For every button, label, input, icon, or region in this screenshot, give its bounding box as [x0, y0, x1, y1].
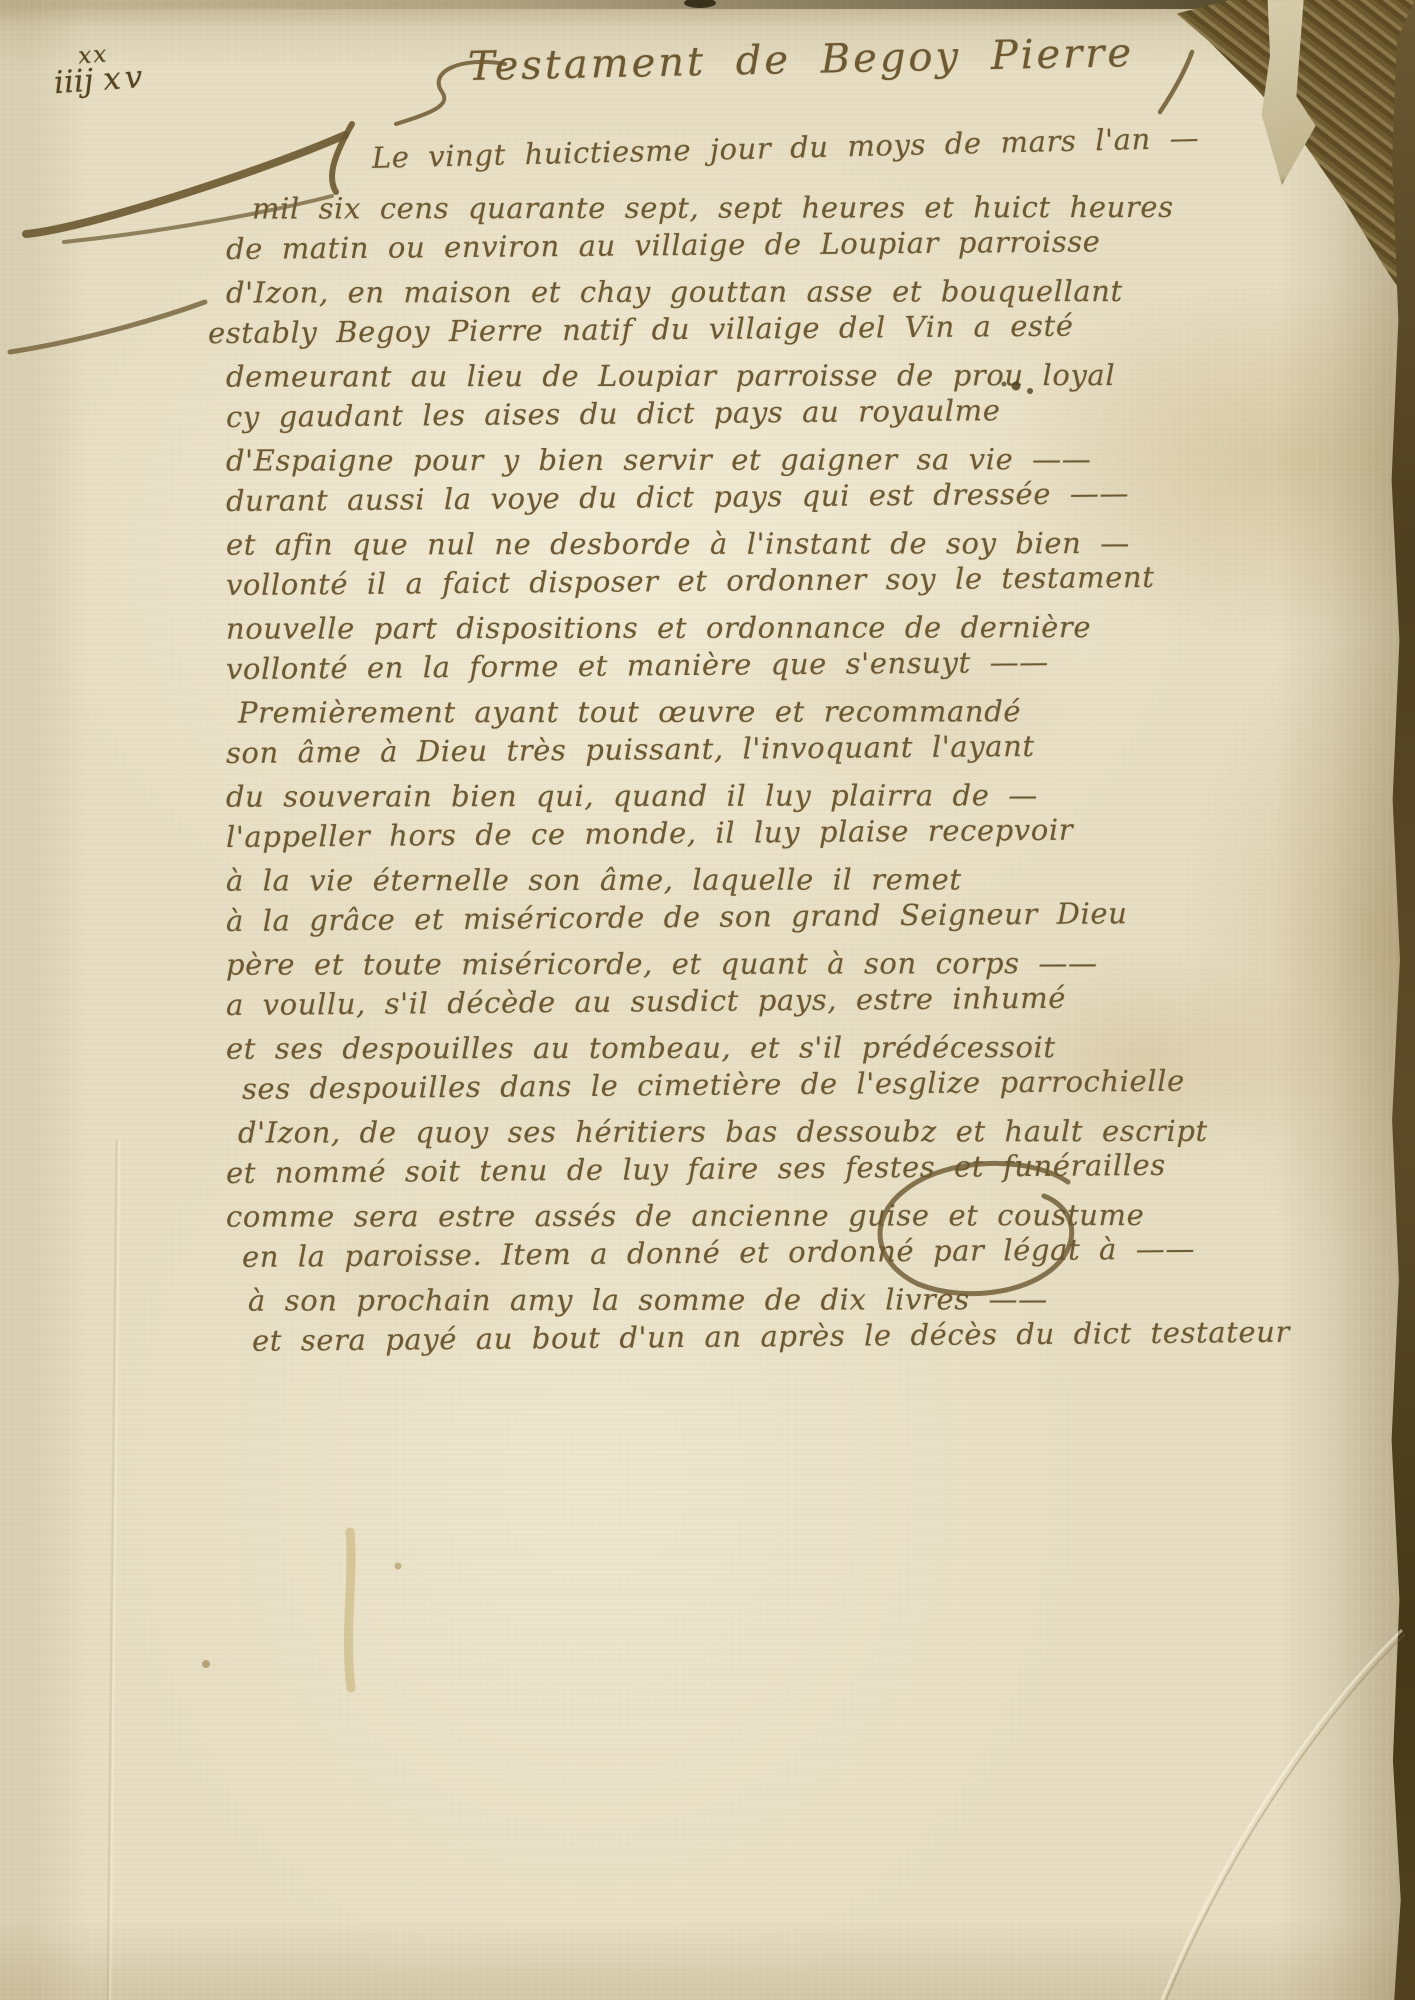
- corner-crease-highlight: [1162, 1630, 1402, 2000]
- stain-spot: [395, 1563, 402, 1570]
- folio-superscript: xx: [77, 41, 109, 69]
- corner-crease-shadow: [1166, 1634, 1405, 2000]
- manuscript-page: xxiiijxv Testament de Begoy Pierre Le vi…: [0, 0, 1415, 2000]
- title-end-stroke: [1160, 52, 1192, 112]
- manuscript-line: Le vingt huictiesme jour du moys de mars…: [0, 111, 1415, 188]
- folio-number: xxiiijxv: [53, 59, 148, 101]
- document-title: Testament de Begoy Pierre: [468, 30, 1135, 90]
- manuscript-body: Le vingt huictiesme jour du moys de mars…: [0, 146, 1415, 1364]
- stain-spot: [202, 1660, 210, 1668]
- stain-streak: [348, 1532, 351, 1688]
